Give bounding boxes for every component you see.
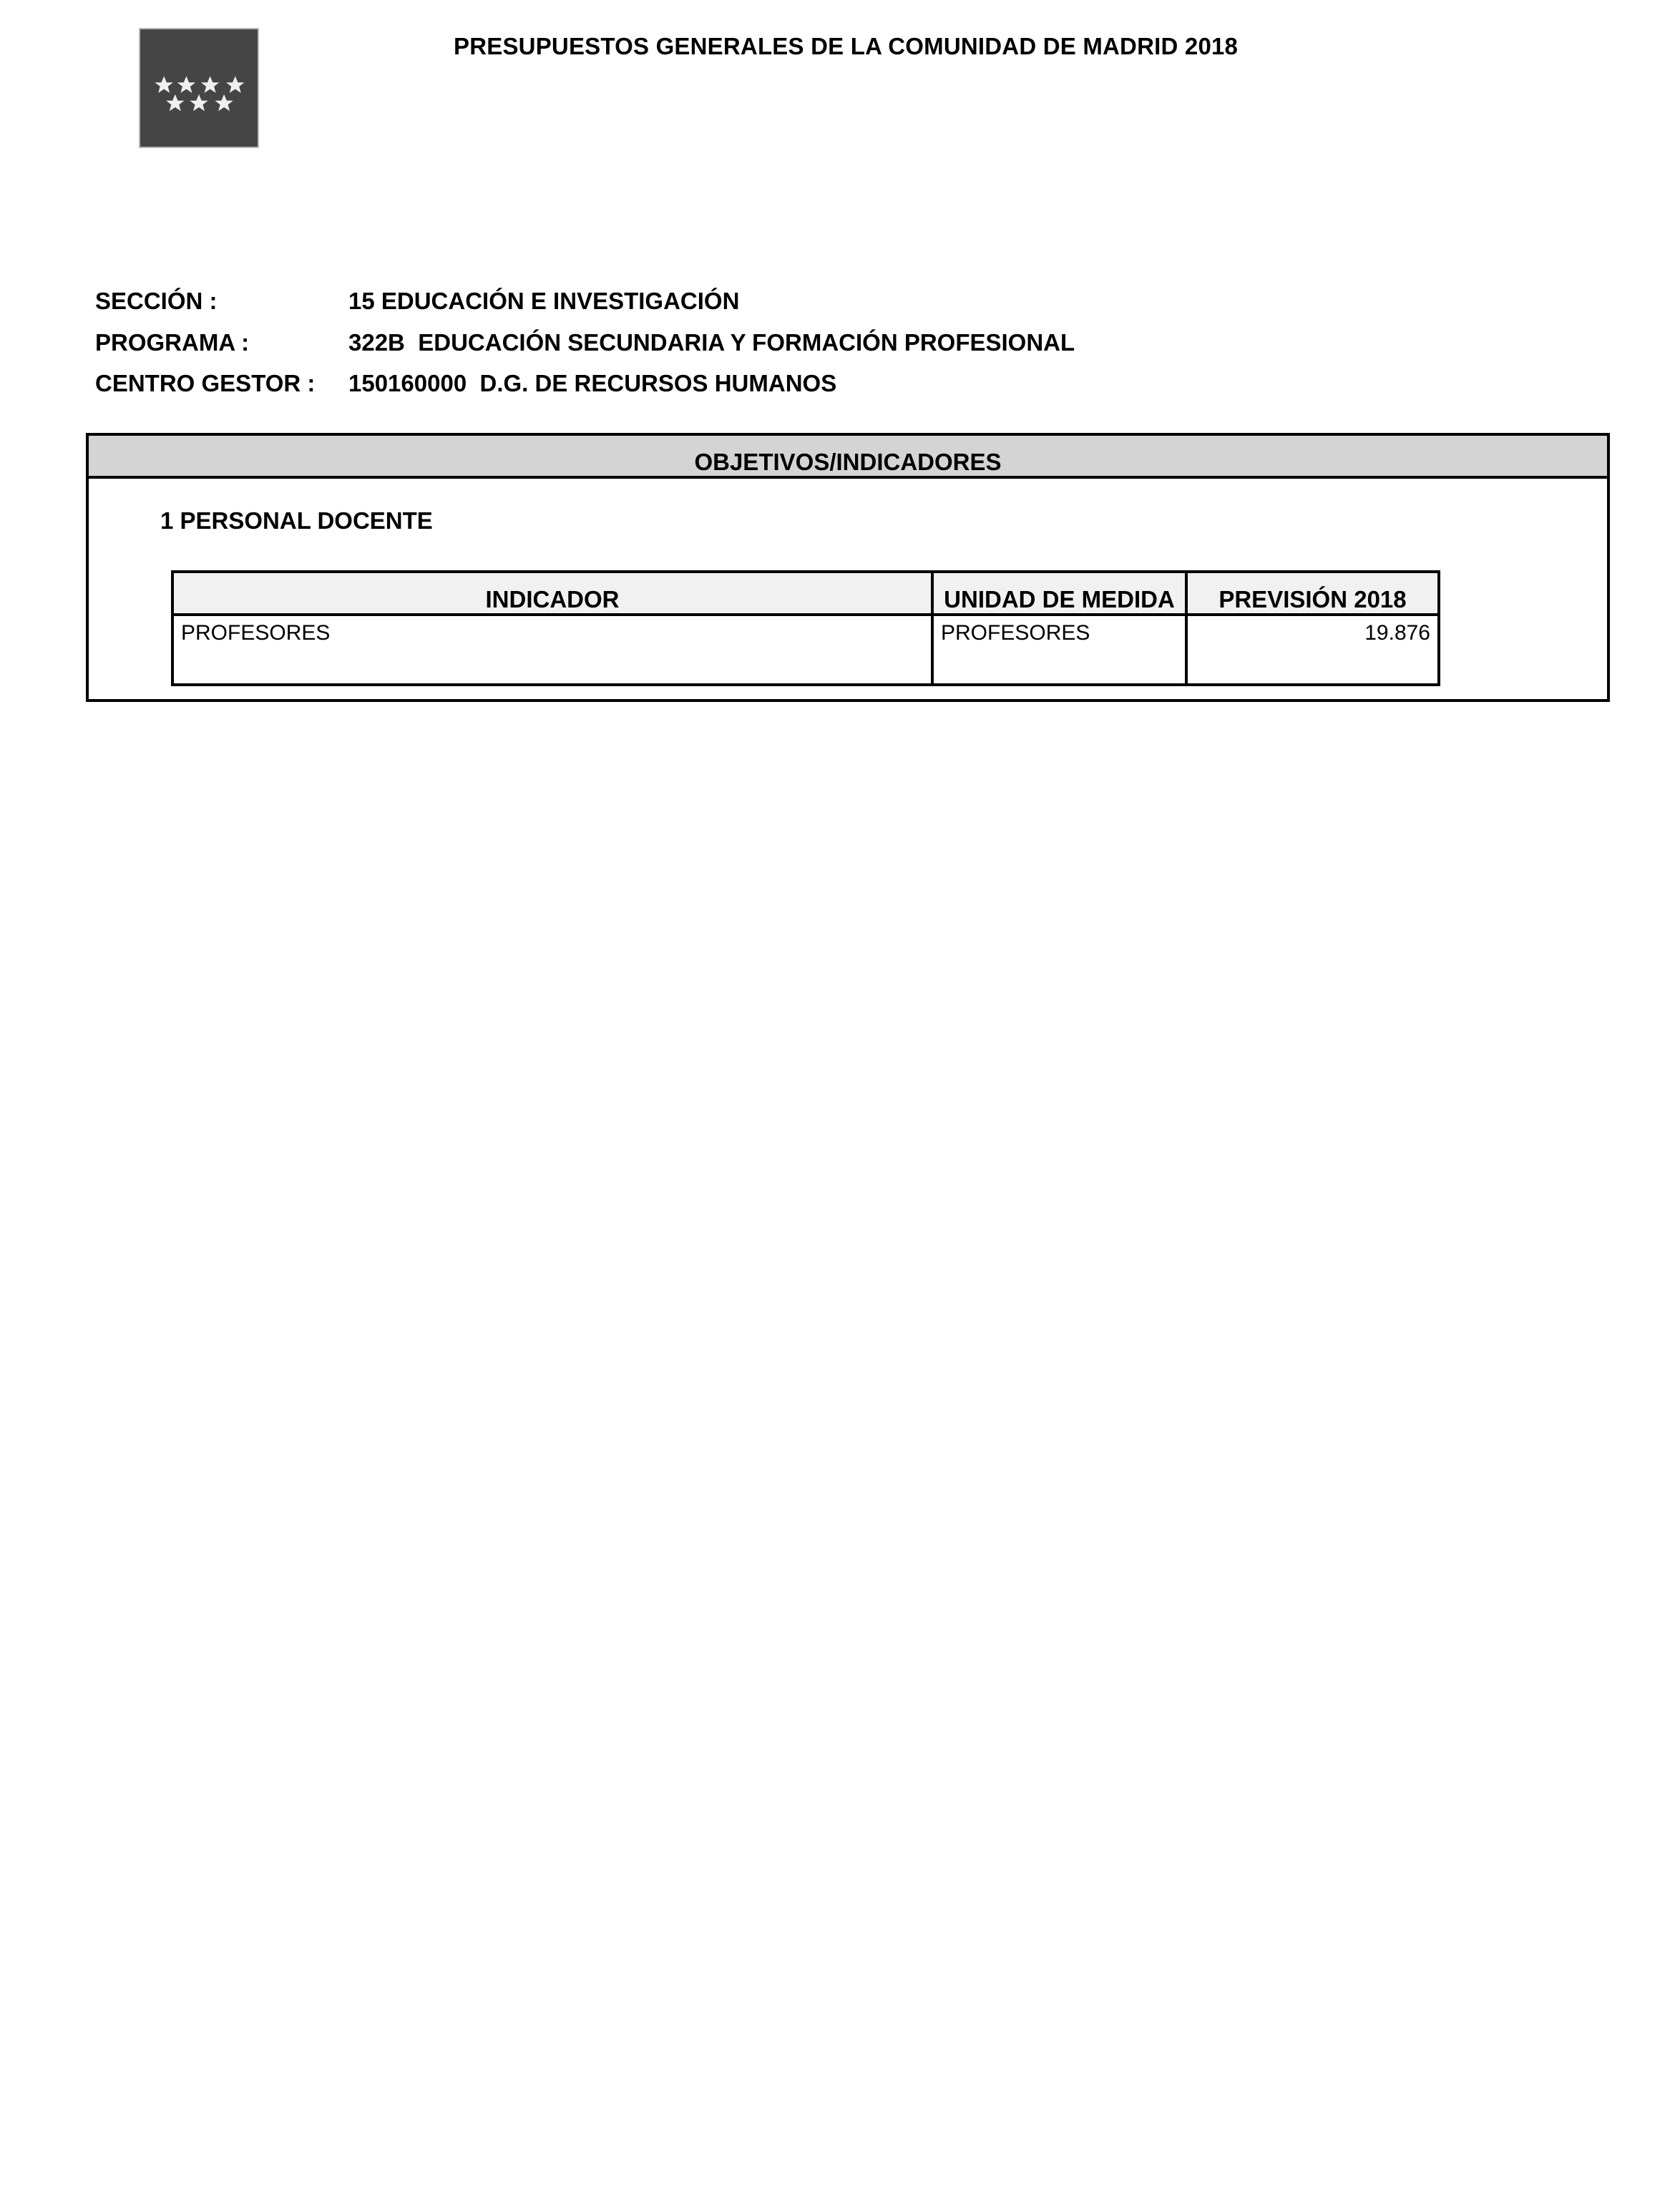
objective-title: 1 PERSONAL DOCENTE <box>160 507 433 535</box>
indicators-table: INDICADOR UNIDAD DE MEDIDA PREVISIÓN 201… <box>171 570 1440 686</box>
cell-prevision: 19.876 <box>1364 620 1430 646</box>
cell-unidad: PROFESORES <box>941 620 1090 646</box>
cell-indicador: PROFESORES <box>181 620 330 646</box>
section-header: OBJETIVOS/INDICADORES <box>89 436 1607 479</box>
section-title: OBJETIVOS/INDICADORES <box>89 449 1607 476</box>
meta-label: CENTRO GESTOR : <box>95 370 315 397</box>
column-header-prevision: PREVISIÓN 2018 <box>1188 586 1437 613</box>
column-divider <box>1185 573 1188 683</box>
meta-label: PROGRAMA : <box>95 329 249 356</box>
objectives-section: OBJETIVOS/INDICADORES 1 PERSONAL DOCENTE… <box>86 433 1610 702</box>
meta-value: 15 EDUCACIÓN E INVESTIGACIÓN <box>348 288 739 315</box>
meta-value: 150160000 D.G. DE RECURSOS HUMANOS <box>348 370 836 397</box>
table-header: INDICADOR UNIDAD DE MEDIDA PREVISIÓN 201… <box>174 573 1437 616</box>
column-header-indicador: INDICADOR <box>174 586 931 613</box>
column-header-unidad: UNIDAD DE MEDIDA <box>934 586 1185 613</box>
madrid-logo <box>139 28 259 148</box>
stars-icon <box>140 29 258 147</box>
meta-label: SECCIÓN : <box>95 288 218 315</box>
meta-value: 322B EDUCACIÓN SECUNDARIA Y FORMACIÓN PR… <box>348 329 1075 356</box>
document-title: PRESUPUESTOS GENERALES DE LA COMUNIDAD D… <box>454 33 1238 60</box>
column-divider <box>931 573 934 683</box>
